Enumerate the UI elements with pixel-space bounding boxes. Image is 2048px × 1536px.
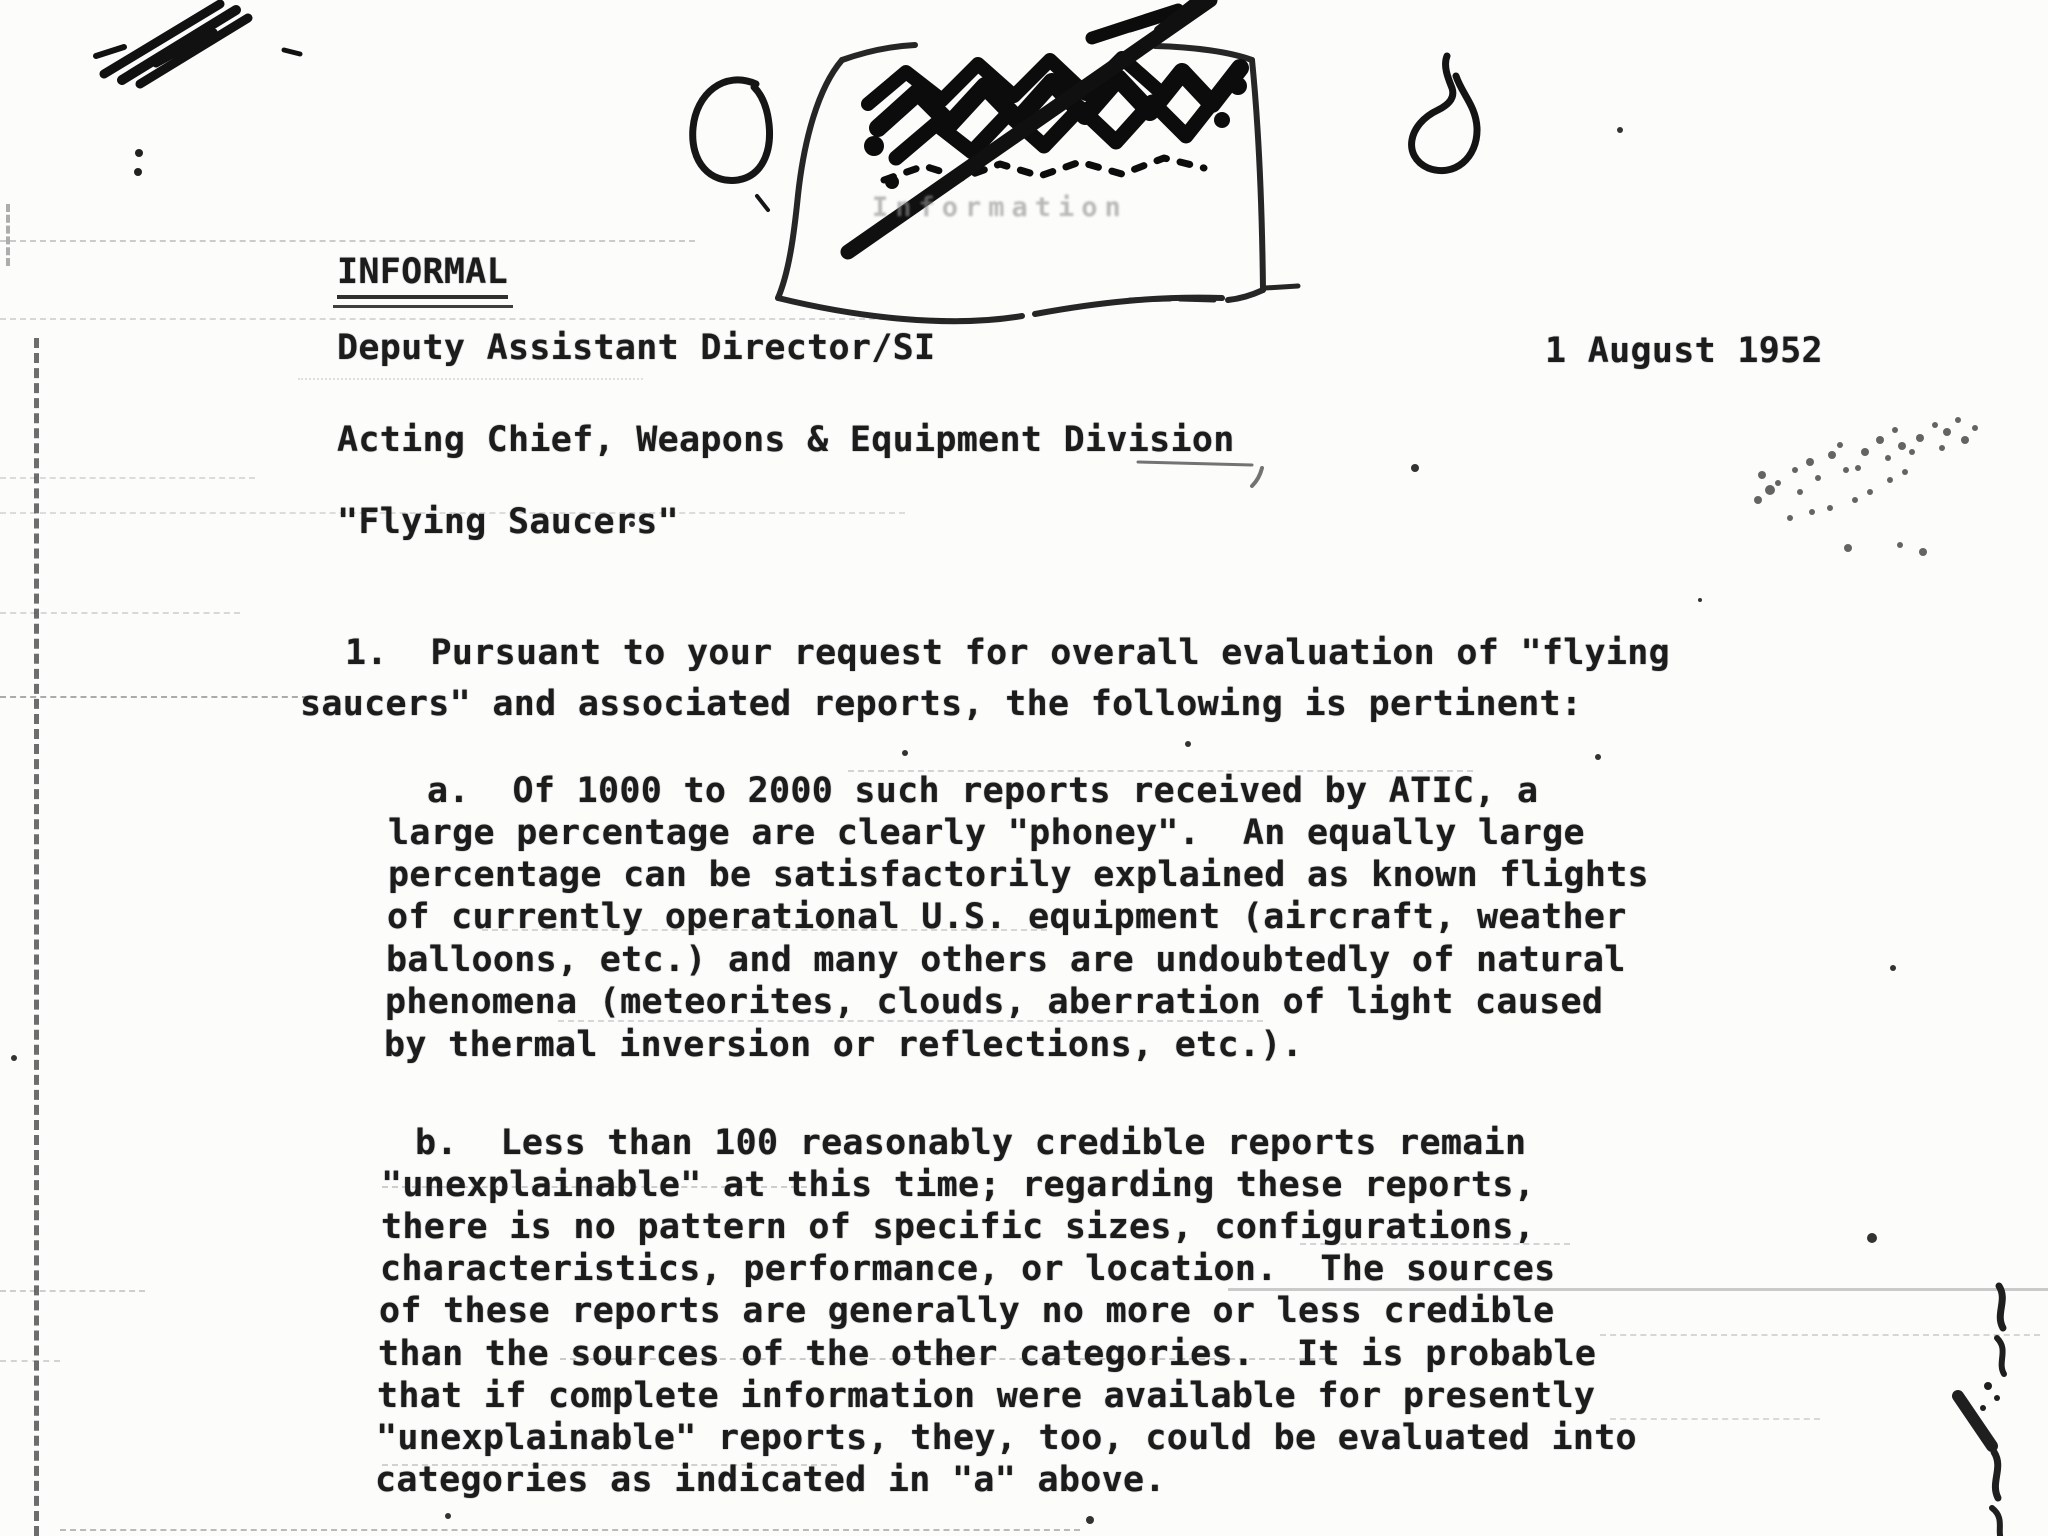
memo-to-line: Acting Chief, Weapons & Equipment Divisi… [337,420,1235,460]
memo-from-line: Deputy Assistant Director/SI [337,328,935,368]
para-a-line: of currently operational U.S. equipment … [387,897,1627,937]
para-b-line: than the sources of the other categories… [378,1334,1596,1374]
para-a-line: balloons, etc.) and many others are undo… [386,940,1626,980]
memo-heading: INFORMAL [337,252,508,299]
pen-scribble-top-left-icon [96,4,300,84]
memo-date: 1 August 1952 [1545,331,1823,371]
para-a-line: phenomena (meteorites, clouds, aberratio… [385,982,1603,1022]
para-b-line: of these reports are generally no more o… [379,1291,1554,1331]
scanned-memo-page: Information INFORMAL Deputy Assistant Di… [0,0,2048,1536]
margin-squiggle-dots [1980,1382,2000,1411]
heading-double-underline [333,305,513,308]
para-b-line: categories as indicated in "a" above. [375,1460,1166,1500]
para-b-line: characteristics, performance, or locatio… [380,1249,1555,1289]
para-a-line: a. Of 1000 to 2000 such reports received… [427,771,1538,811]
para-a-line: by thermal inversion or reflections, etc… [384,1025,1303,1065]
para-b-line: there is no pattern of specific sizes, c… [381,1207,1535,1247]
memo-subject: "Flying Saucers" [337,502,679,542]
para-b-line: "unexplainable" at this time; regarding … [381,1165,1535,1205]
para-intro-line: 1. Pursuant to your request for overall … [345,633,1670,673]
para-b-line: that if complete information were availa… [377,1376,1595,1416]
stamp-text-fragment: Information [872,192,1272,223]
loop-annotation [1412,56,1477,171]
para-b-line: b. Less than 100 reasonably credible rep… [415,1123,1526,1163]
handwritten-speckles [1754,417,1978,556]
para-a-line: percentage can be satisfactorily explain… [388,855,1649,895]
circle-annotation [693,80,770,210]
stamp-obliteration-scribble [868,6,1240,180]
para-a-line: large percentage are clearly "phoney". A… [388,813,1585,853]
margin-squiggle-right [1958,1286,2004,1536]
para-b-line: "unexplainable" reports, they, too, coul… [376,1418,1637,1458]
colon-mark [134,149,143,176]
division-trailing-underline [1138,462,1262,486]
para-intro-line: saucers" and associated reports, the fol… [300,684,1582,724]
